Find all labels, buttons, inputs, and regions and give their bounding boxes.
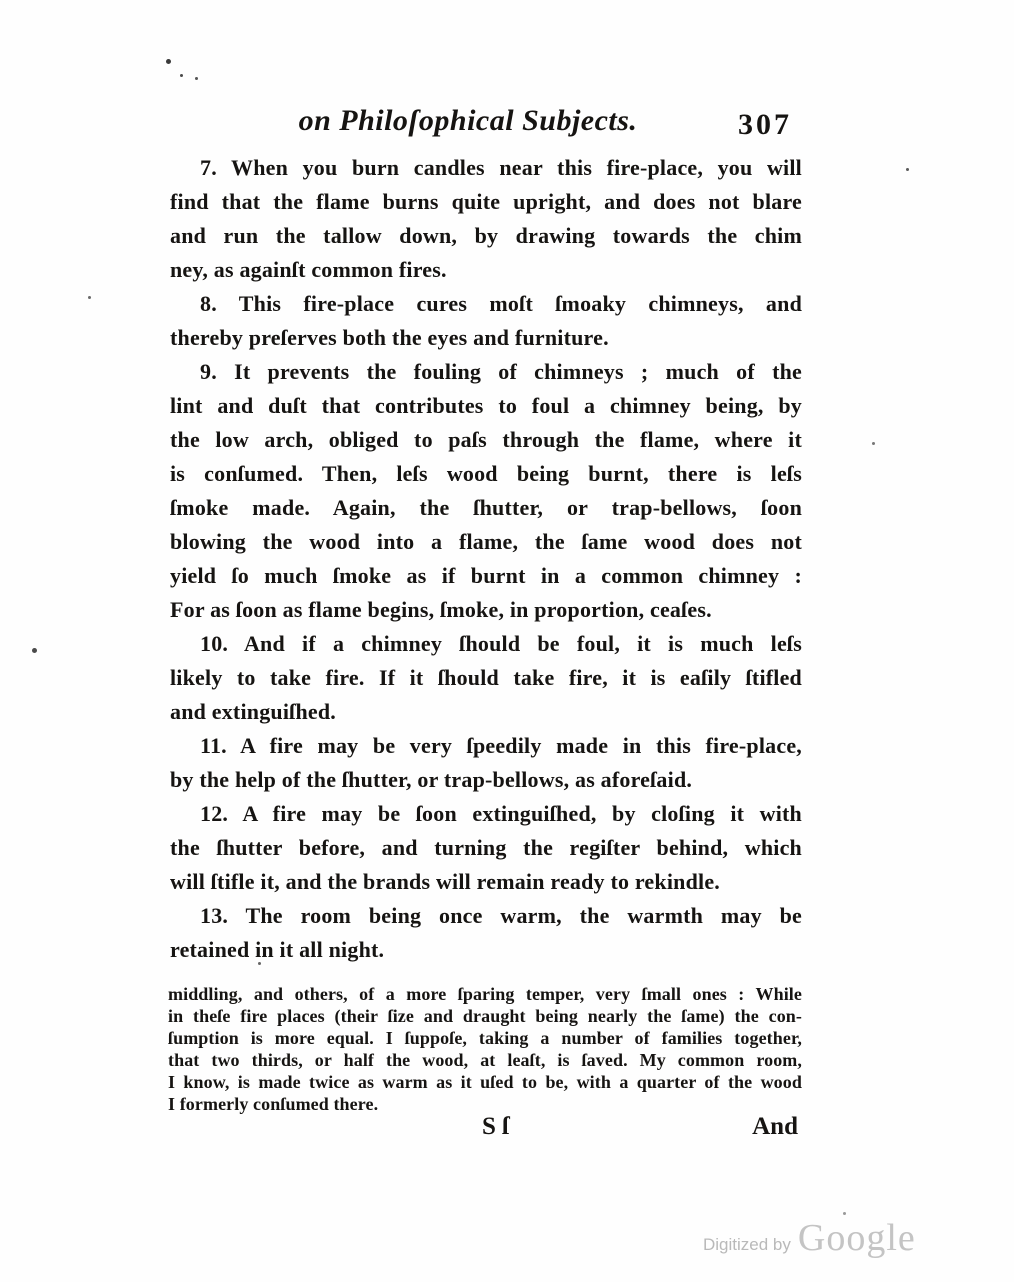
text-line: 10. And if a chimney ſhould be foul, it … [170, 627, 802, 661]
google-logo: Google [798, 1216, 916, 1260]
paragraph: 8. This fire-place cures moſt ſmoaky chi… [170, 287, 802, 355]
footnote-line: that two thirds, or half the wood, at le… [168, 1049, 802, 1071]
paragraph: 11. A fire may be very ſpeedily made in … [170, 729, 802, 797]
text-line: yield ſo much ſmoke as if burnt in a com… [170, 559, 802, 593]
catchword: And [752, 1110, 798, 1144]
text-line: 9. It prevents the fouling of chimneys ;… [170, 355, 802, 389]
text-line: thereby preſerves both the eyes and furn… [170, 321, 802, 355]
text-line: the low arch, obliged to paſs through th… [170, 423, 802, 457]
text-line: ney, as againſt common fires. [170, 253, 802, 287]
footnote: middling, and others, of a more ſparing … [168, 983, 802, 1115]
text-line: retained in it all night. [170, 933, 802, 967]
paragraph: 7. When you burn candles near this fire-… [170, 151, 802, 287]
footnote-line: ſumption is more equal. I ſuppoſe, takin… [168, 1027, 802, 1049]
scanned-book-page: on Philoſophical Subjects. 307 7. When y… [0, 0, 1014, 1282]
text-line: lint and duſt that contributes to foul a… [170, 389, 802, 423]
scan-artifacts [0, 0, 3, 3]
text-line: 11. A fire may be very ſpeedily made in … [170, 729, 802, 763]
footnote-line: middling, and others, of a more ſparing … [168, 983, 802, 1005]
text-line: 7. When you burn candles near this fire-… [170, 151, 802, 185]
footnote-line: I know, is made twice as warm as it uſed… [168, 1071, 802, 1093]
text-line: For as ſoon as flame begins, ſmoke, in p… [170, 593, 802, 627]
text-line: 12. A fire may be ſoon extinguiſhed, by … [170, 797, 802, 831]
signature-mark: S ſ [482, 1110, 509, 1144]
running-title: on Philoſophical Subjects. [170, 100, 802, 142]
text-line: and run the tallow down, by drawing towa… [170, 219, 802, 253]
body-text: 7. When you burn candles near this fire-… [170, 151, 802, 967]
page-number: 307 [738, 108, 792, 142]
text-line: likely to take fire. If it ſhould take f… [170, 661, 802, 695]
text-line: the ſhutter before, and turning the regi… [170, 831, 802, 865]
footnote-line: in theſe fire places (their ſize and dra… [168, 1005, 802, 1027]
text-line: find that the flame burns quite upright,… [170, 185, 802, 219]
paragraph: 12. A fire may be ſoon extinguiſhed, by … [170, 797, 802, 899]
digitized-by-watermark: Digitized by Google [703, 1216, 916, 1260]
digitized-by-label: Digitized by [703, 1235, 791, 1255]
text-line: 8. This fire-place cures moſt ſmoaky chi… [170, 287, 802, 321]
text-line: blowing the wood into a flame, the ſame … [170, 525, 802, 559]
text-line: and extinguiſhed. [170, 695, 802, 729]
text-line: is conſumed. Then, leſs wood being burnt… [170, 457, 802, 491]
text-line: by the help of the ſhutter, or trap-bell… [170, 763, 802, 797]
text-line: ſmoke made. Again, the ſhutter, or trap-… [170, 491, 802, 525]
text-line: 13. The room being once warm, the warmth… [170, 899, 802, 933]
paragraph: 9. It prevents the fouling of chimneys ;… [170, 355, 802, 627]
page-header: on Philoſophical Subjects. 307 [170, 100, 802, 146]
signature-row: S ſ And [170, 1110, 802, 1144]
text-line: will ſtifle it, and the brands will rema… [170, 865, 802, 899]
paragraph: 13. The room being once warm, the warmth… [170, 899, 802, 967]
paragraph: 10. And if a chimney ſhould be foul, it … [170, 627, 802, 729]
